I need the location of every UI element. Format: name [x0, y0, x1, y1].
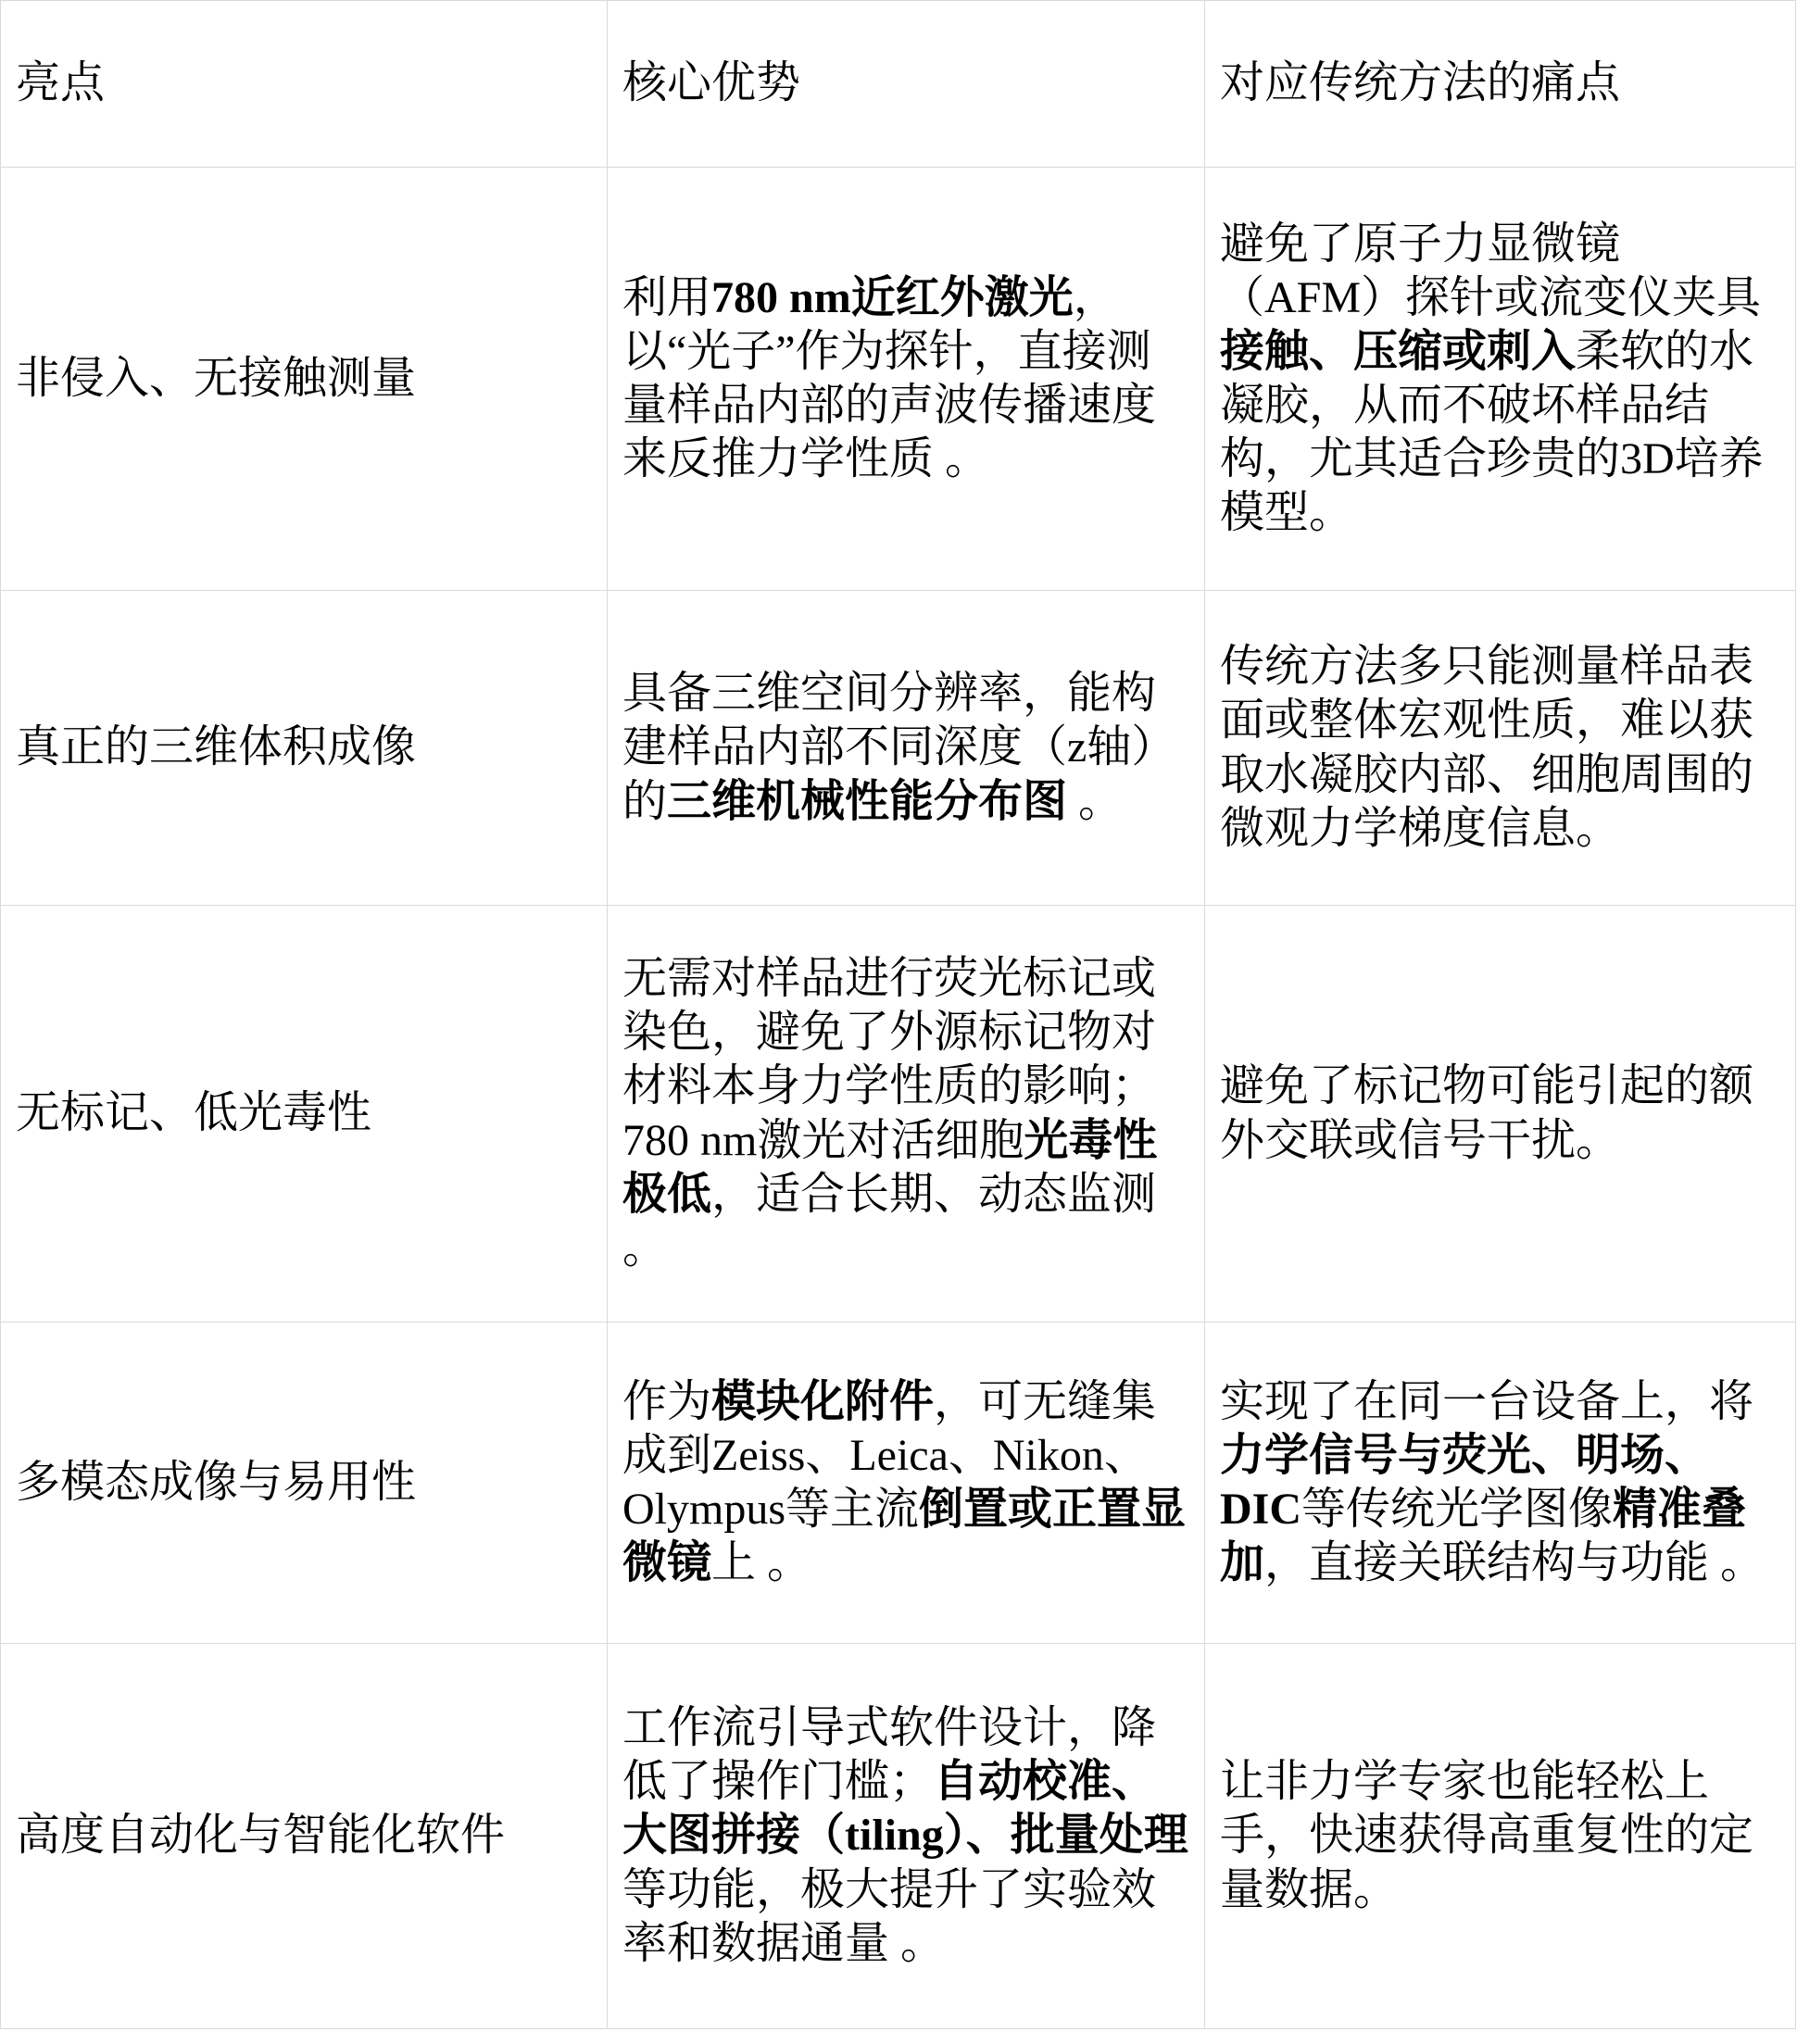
- cell-highlight: 无标记、低光毒性: [1, 906, 608, 1323]
- header-cell-pain: 对应传统方法的痛点: [1205, 1, 1796, 168]
- cell-highlight: 多模态成像与易用性: [1, 1323, 608, 1644]
- cell-advantage: 作为模块化附件，可无缝集成到Zeiss、Leica、Nikon、Olympus等…: [608, 1323, 1205, 1644]
- cell-pain: 实现了在同一台设备上，将力学信号与荧光、明场、DIC等传统光学图像精准叠加，直接…: [1205, 1323, 1796, 1644]
- cell-pain: 避免了原子力显微镜（AFM）探针或流变仪夹具接触、压缩或刺入柔软的水凝胶，从而不…: [1205, 168, 1796, 591]
- cell-highlight: 非侵入、无接触测量: [1, 168, 608, 591]
- cell-pain: 让非力学专家也能轻松上手，快速获得高重复性的定量数据。: [1205, 1644, 1796, 2029]
- cell-highlight: 高度自动化与智能化软件: [1, 1644, 608, 2029]
- cell-highlight: 真正的三维体积成像: [1, 591, 608, 906]
- cell-advantage: 无需对样品进行荧光标记或染色，避免了外源标记物对材料本身力学性质的影响；780 …: [608, 906, 1205, 1323]
- cell-advantage: 工作流引导式软件设计，降低了操作门槛；自动校准、大图拼接（tiling）、批量处…: [608, 1644, 1205, 2029]
- comparison-table: 亮点 核心优势 对应传统方法的痛点 非侵入、无接触测量 利用780 nm近红外激…: [0, 0, 1796, 2029]
- header-cell-advantage: 核心优势: [608, 1, 1205, 168]
- cell-advantage: 利用780 nm近红外激光，以“光子”作为探针，直接测量样品内部的声波传播速度来…: [608, 168, 1205, 591]
- header-cell-highlight: 亮点: [1, 1, 608, 168]
- table-row: 非侵入、无接触测量 利用780 nm近红外激光，以“光子”作为探针，直接测量样品…: [1, 168, 1796, 591]
- cell-pain: 避免了标记物可能引起的额外交联或信号干扰。: [1205, 906, 1796, 1323]
- table-row: 真正的三维体积成像 具备三维空间分辨率，能构建样品内部不同深度（z轴）的三维机械…: [1, 591, 1796, 906]
- cell-advantage: 具备三维空间分辨率，能构建样品内部不同深度（z轴）的三维机械性能分布图 。: [608, 591, 1205, 906]
- header-row: 亮点 核心优势 对应传统方法的痛点: [1, 1, 1796, 168]
- table-row: 高度自动化与智能化软件 工作流引导式软件设计，降低了操作门槛；自动校准、大图拼接…: [1, 1644, 1796, 2029]
- document-page: 亮点 核心优势 对应传统方法的痛点 非侵入、无接触测量 利用780 nm近红外激…: [0, 0, 1797, 2044]
- cell-pain: 传统方法多只能测量样品表面或整体宏观性质，难以获取水凝胶内部、细胞周围的微观力学…: [1205, 591, 1796, 906]
- table-row: 无标记、低光毒性 无需对样品进行荧光标记或染色，避免了外源标记物对材料本身力学性…: [1, 906, 1796, 1323]
- table-row: 多模态成像与易用性 作为模块化附件，可无缝集成到Zeiss、Leica、Niko…: [1, 1323, 1796, 1644]
